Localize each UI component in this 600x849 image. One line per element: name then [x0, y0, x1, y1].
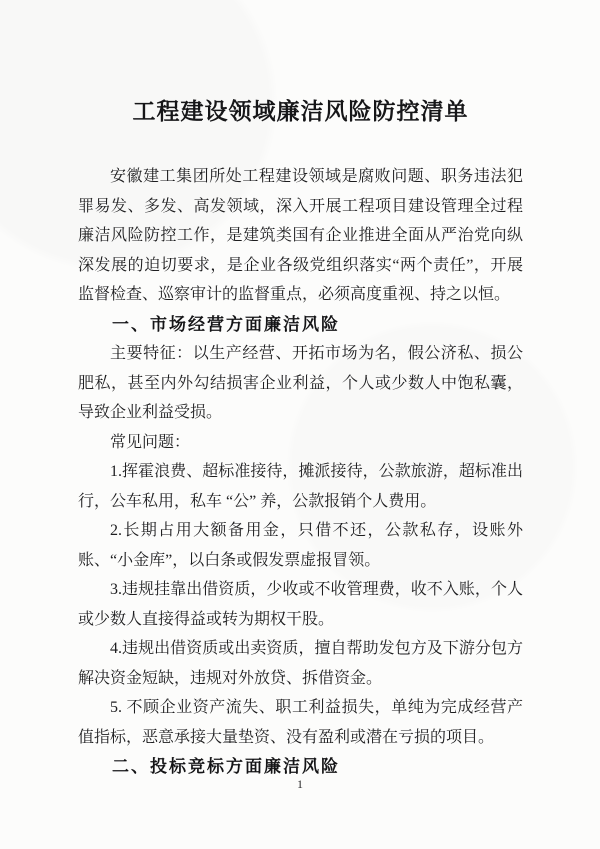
document-page: 工程建设领域廉洁风险防控清单 安徽建工集团所处工程建设领域是腐败问题、职务违法犯… — [0, 0, 600, 849]
list-item-1: 1.挥霍浪费、超标准接待，摊派接待，公款旅游，超标准出行，公车私用，私车 “公”… — [78, 457, 523, 516]
list-item-5: 5. 不顾企业资产流失、职工利益损失，单纯为完成经营产值指标，恶意承接大量垫资、… — [78, 693, 523, 752]
document-title: 工程建设领域廉洁风险防控清单 — [78, 94, 523, 130]
main-features-paragraph: 主要特征：以生产经营、开拓市场为名，假公济私、损公肥私，甚至内外勾结损害企业利益… — [78, 339, 523, 428]
list-item-3: 3.违规挂靠出借资质，少收或不收管理费，收不入账，个人或少数人直接得益或转为期权… — [78, 575, 523, 634]
intro-paragraph: 安徽建工集团所处工程建设领域是腐败问题、职务违法犯罪易发、多发、高发领域，深入开… — [78, 162, 523, 310]
list-item-2: 2.长期占用大额备用金，只借不还，公款私存，设账外账、“小金库”，以白条或假发票… — [78, 516, 523, 575]
common-problems-label: 常见问题： — [78, 428, 523, 458]
section-heading-1: 一、市场经营方面廉洁风险 — [78, 310, 523, 340]
list-item-4: 4.违规出借资质或出卖资质，擅自帮助发包方及下游分包方解决资金短缺，违规对外放贷… — [78, 634, 523, 693]
page-number: 1 — [0, 777, 600, 791]
